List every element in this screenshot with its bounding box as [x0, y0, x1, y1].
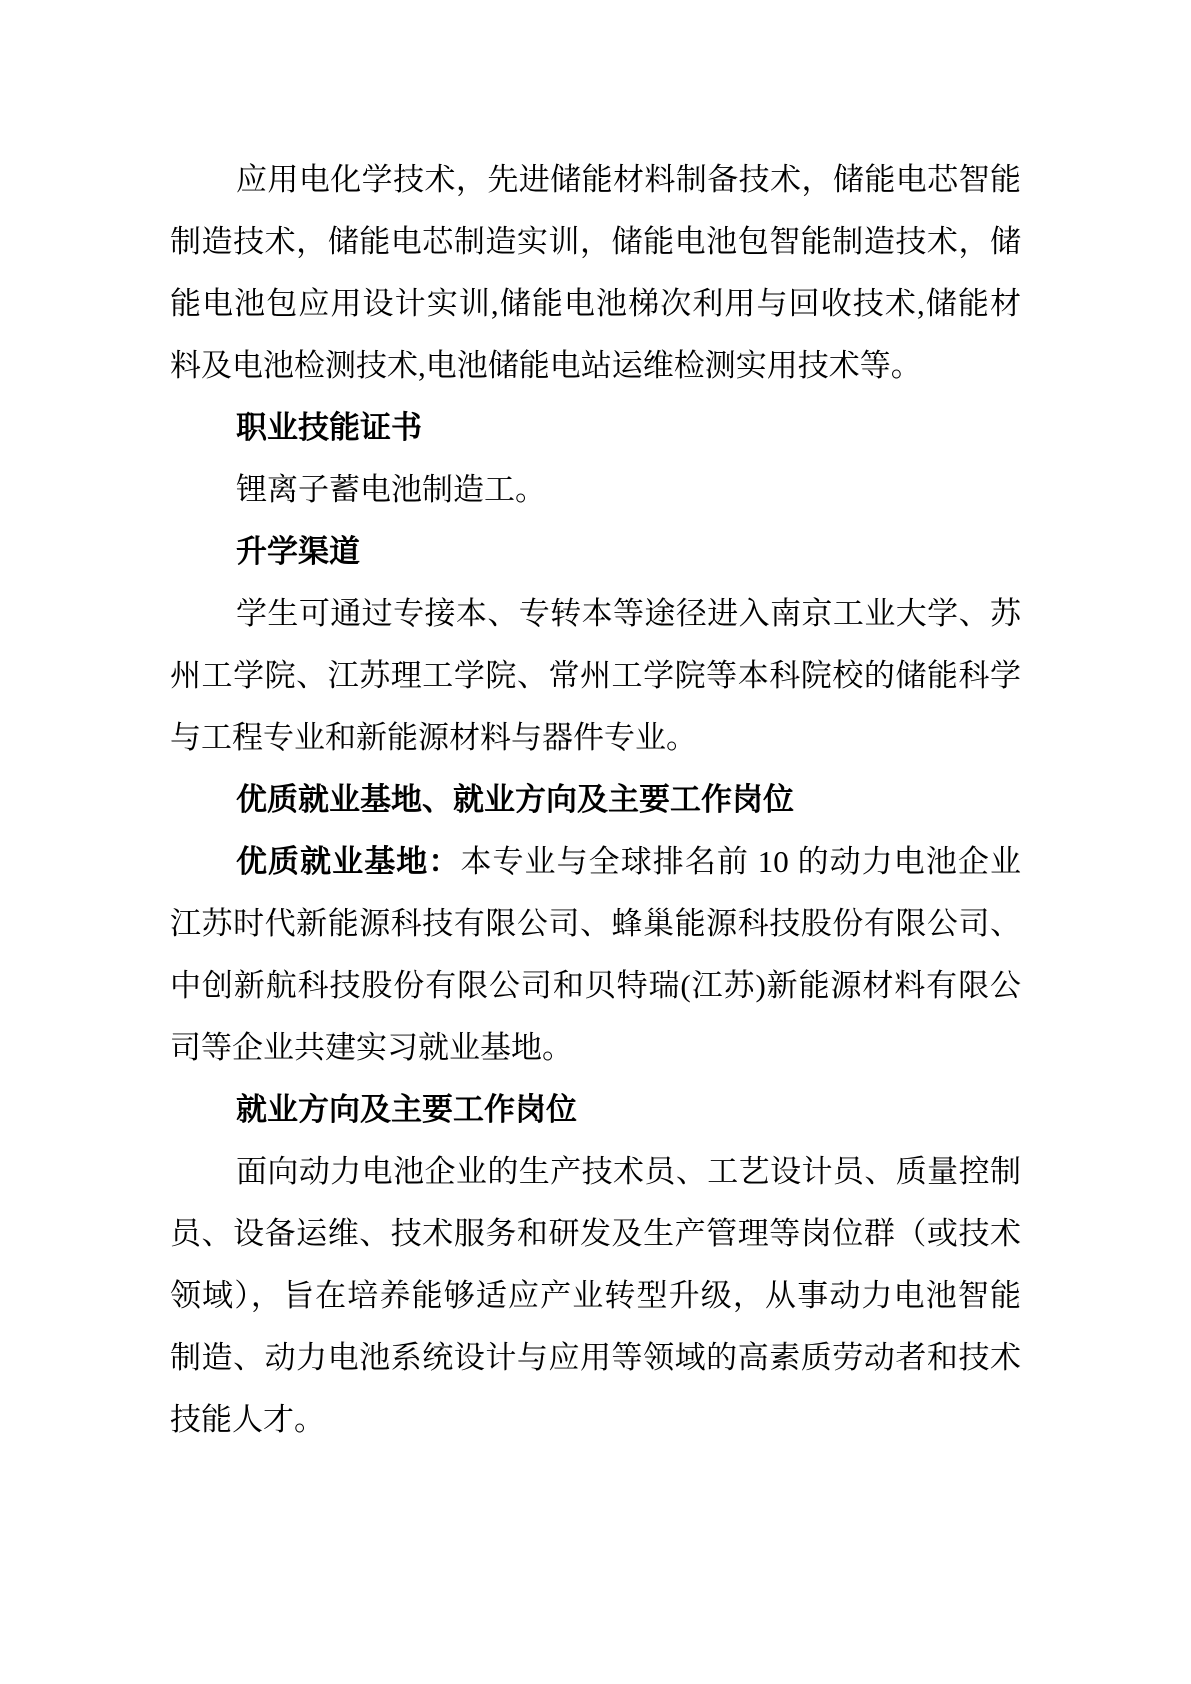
- section-heading-further-education: 升学渠道: [170, 521, 1021, 583]
- section-heading-vocational-certificate: 职业技能证书: [170, 397, 1021, 459]
- paragraph-certificate-name: 锂离子蓄电池制造工。: [170, 459, 1021, 521]
- paragraph-employment-bases-lead: 优质就业基地：: [236, 844, 460, 879]
- paragraph-employment-bases: 优质就业基地：本专业与全球排名前 10 的动力电池企业江苏时代新能源科技有限公司…: [170, 831, 1021, 1079]
- document-body: 应用电化学技术，先进储能材料制备技术，储能电芯智能制造技术，储能电芯制造实训，储…: [170, 149, 1021, 1451]
- paragraph-core-courses: 应用电化学技术，先进储能材料制备技术，储能电芯智能制造技术，储能电芯制造实训，储…: [170, 149, 1021, 397]
- paragraph-job-positions-detail: 面向动力电池企业的生产技术员、工艺设计员、质量控制员、设备运维、技术服务和研发及…: [170, 1141, 1021, 1451]
- section-heading-job-positions: 就业方向及主要工作岗位: [170, 1079, 1021, 1141]
- paragraph-further-education-paths: 学生可通过专接本、专转本等途径进入南京工业大学、苏州工学院、江苏理工学院、常州工…: [170, 583, 1021, 769]
- section-heading-employment-overview: 优质就业基地、就业方向及主要工作岗位: [170, 769, 1021, 831]
- document-page: 应用电化学技术，先进储能材料制备技术，储能电芯智能制造技术，储能电芯制造实训，储…: [0, 0, 1191, 1684]
